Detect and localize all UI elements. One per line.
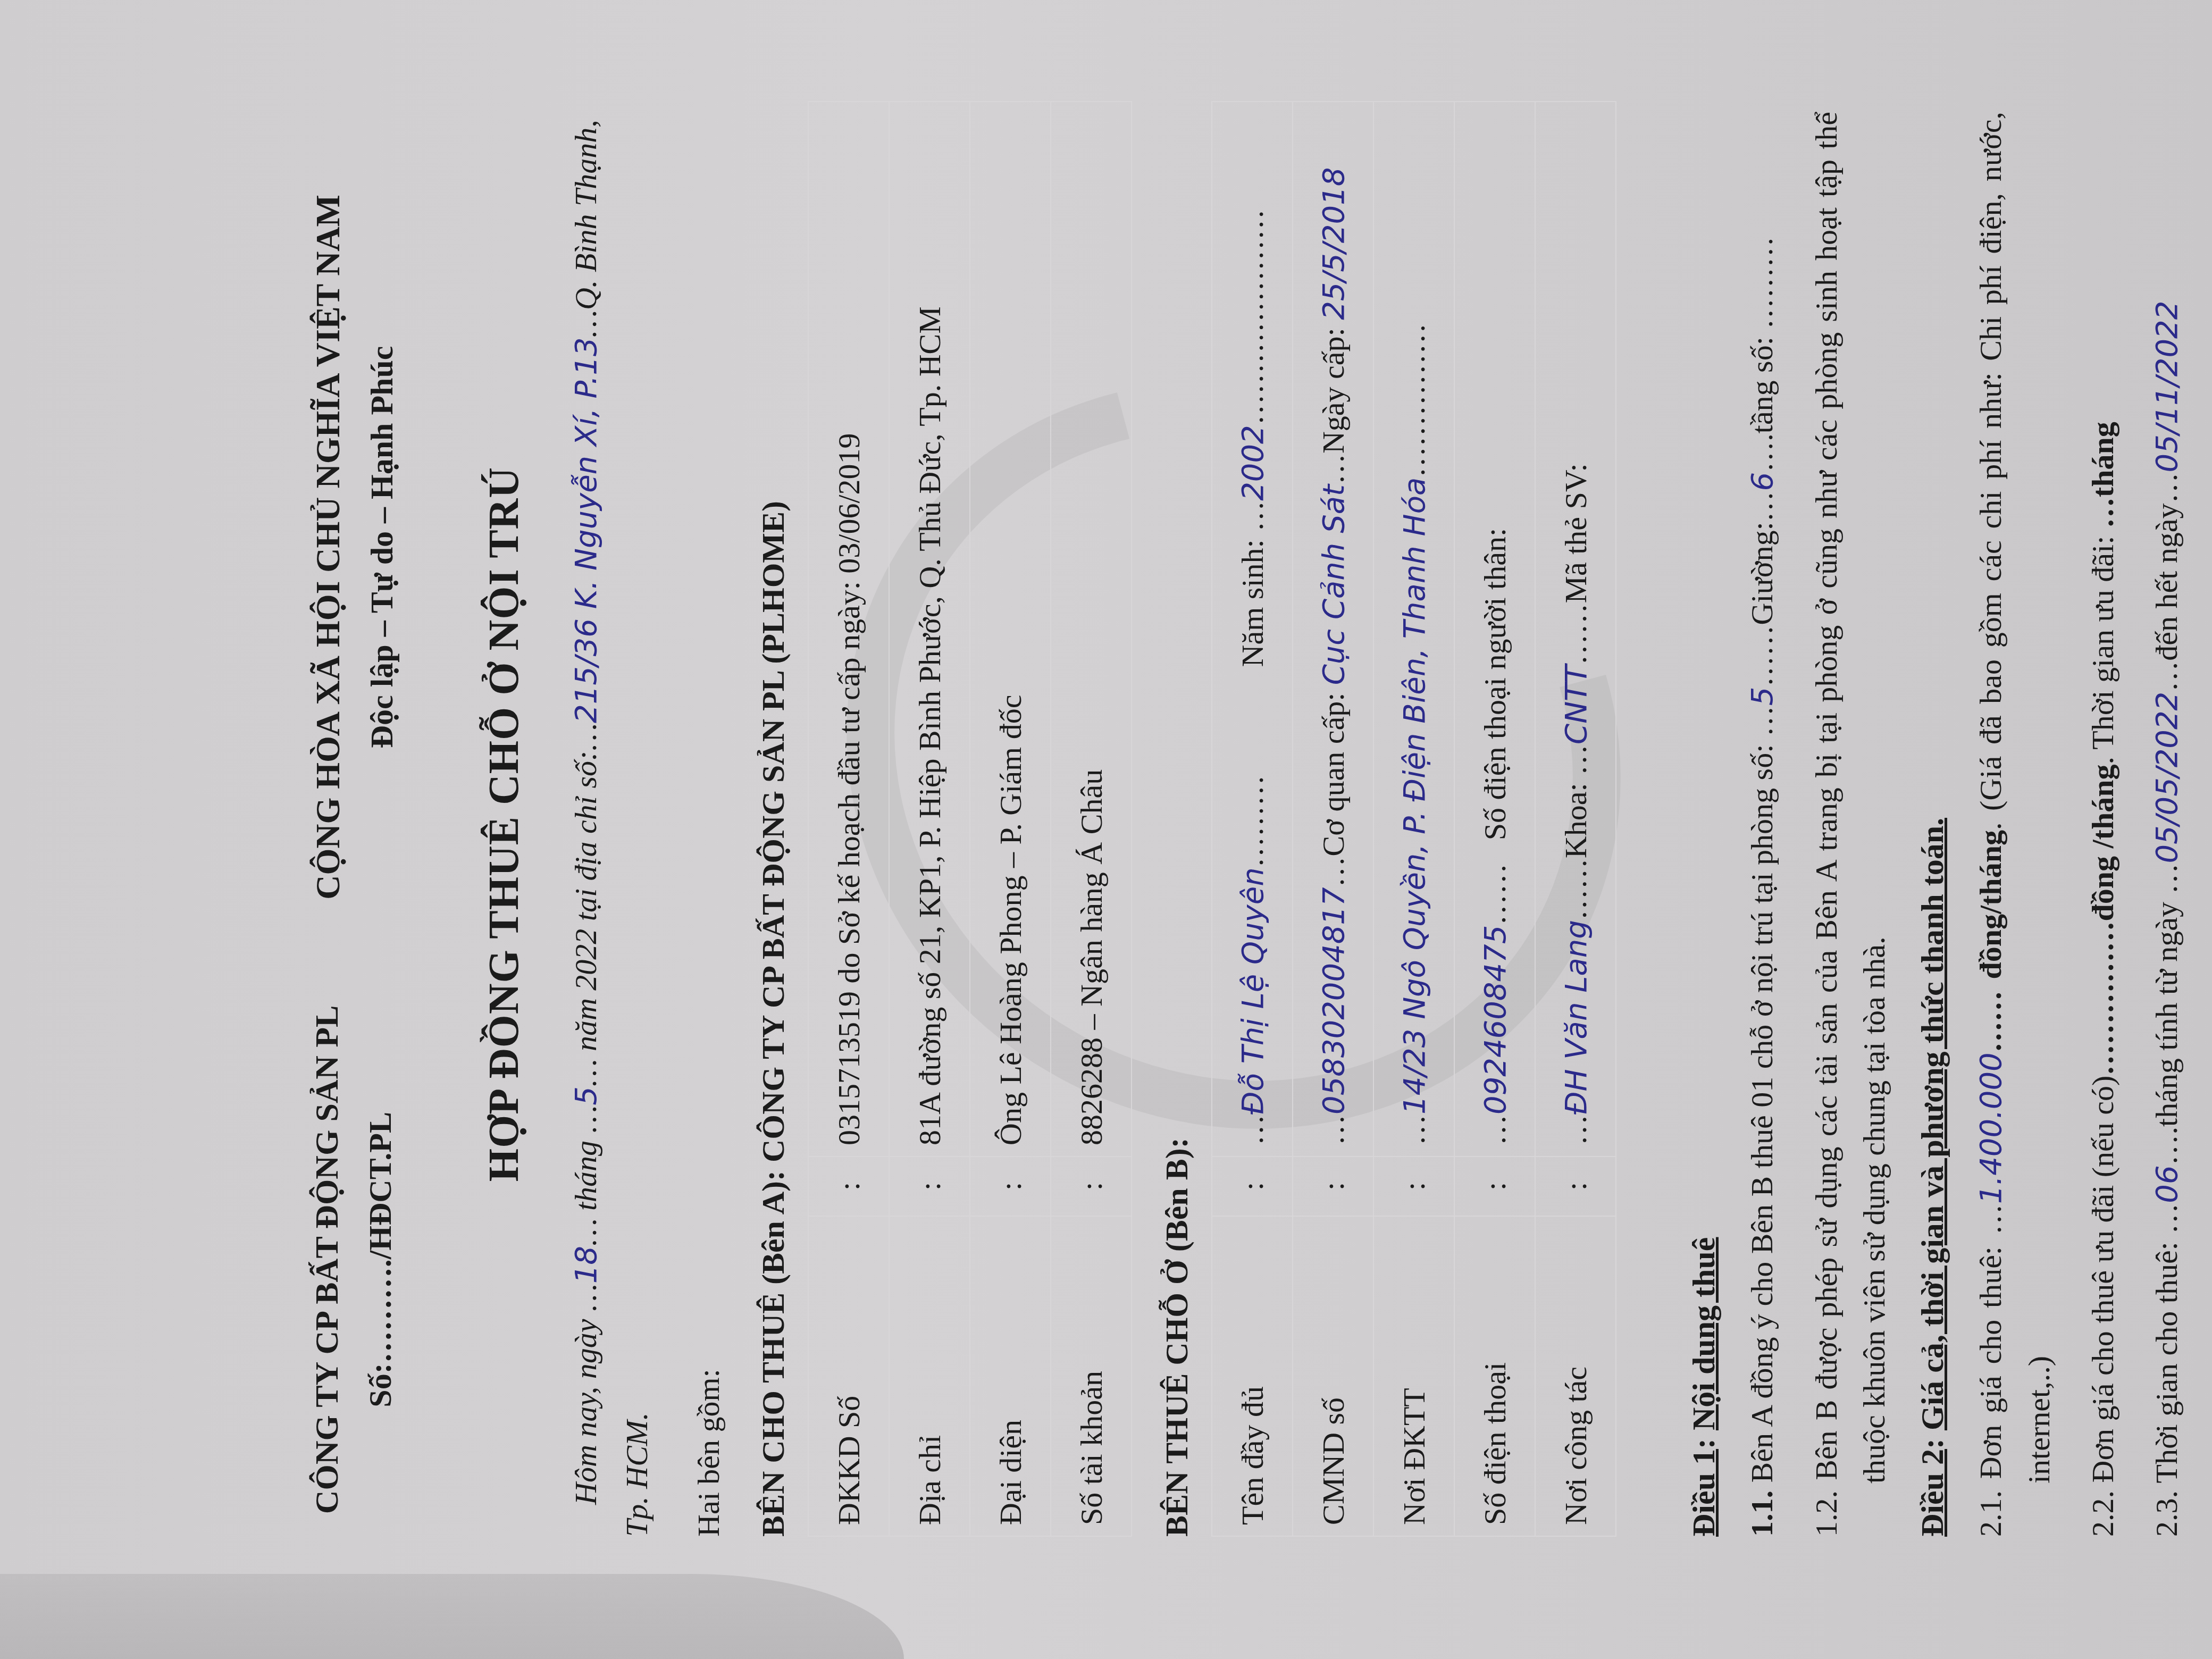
hw-phone[interactable]: 0924608475 xyxy=(1478,925,1513,1115)
document-header: CÔNG TY CP BẤT ĐỘNG SẢN PL Số:………./HĐCT.… xyxy=(308,112,400,1537)
clause-2-4: 2.4. Ngoài ra Bên B phải đóng thêm tiền … xyxy=(2207,112,2212,1537)
nation-title: CỘNG HÒA XÃ HỘI CHỦ NGHĨA VIỆT NAM xyxy=(308,112,348,983)
table-row: CMND số: …058302004817…Cơ quan cấp: Cục … xyxy=(1293,102,1373,1536)
hw-day: 18 xyxy=(569,1246,604,1284)
article-2-heading: Điều 2: Giá cả, thời gian và phương thức… xyxy=(1914,112,1951,1537)
table-row: Tên đầy đủ: …Đỗ Thị Lệ Quyên……… Năm sinh… xyxy=(1212,102,1293,1536)
clause-1-2: 1.2. Bên B được phép sử dụng các tài sản… xyxy=(1803,112,1898,1537)
table-row: Nơi công tác: …ĐH Văn Lang……Khoa: …CNTT…… xyxy=(1535,102,1616,1536)
hw-rental-months[interactable]: 06 xyxy=(2150,1165,2184,1203)
clause-2-1: 2.1. Đơn giá cho thuê: …1.400.000…… đồng… xyxy=(1967,112,2063,1537)
party-b-heading: BÊN THUÊ CHỖ Ở (Bên B): xyxy=(1159,112,1195,1537)
doc-number: Số:………./HĐCT.PL xyxy=(362,983,399,1537)
clause-1-1: 1.1. Bên A đồng ý cho Bên B thuê 01 chỗ … xyxy=(1738,112,1787,1537)
contract-intro: Hôm nay, ngày …18… tháng …5… năm 2022 tạ… xyxy=(560,112,662,1537)
table-row: Nơi ĐKTT: …14/23 Ngô Quyền, P. Điện Biên… xyxy=(1373,102,1454,1536)
contract-title: HỢP ĐỒNG THUÊ CHỖ Ở NỘI TRÚ xyxy=(480,112,529,1537)
hw-start-date[interactable]: 05/05/2022 xyxy=(2150,692,2184,864)
hw-workplace[interactable]: ĐH Văn Lang xyxy=(1559,920,1594,1115)
hw-full-name[interactable]: Đỗ Thị Lệ Quyên xyxy=(1236,867,1270,1115)
hw-rent-price[interactable]: 1.400.000 xyxy=(1974,1052,2008,1204)
hw-residence[interactable]: 14/23 Ngô Quyền, P. Điện Biên, Thanh Hóa xyxy=(1397,477,1432,1115)
table-row: Địa chỉ:81A đường số 21, KP1, P. Hiệp Bì… xyxy=(889,102,970,1536)
table-row: Số tài khoản:8826288 – Ngân hàng Á Châu xyxy=(1051,102,1132,1536)
hw-room-number[interactable]: 5 xyxy=(1745,687,1780,706)
party-a-heading: BÊN CHO THUÊ (Bên A): CÔNG TY CP BẤT ĐỘN… xyxy=(755,112,792,1537)
hw-id-number[interactable]: 058302004817 xyxy=(1317,887,1351,1115)
company-name: CÔNG TY CP BẤT ĐỘNG SẢN PL xyxy=(308,983,346,1537)
nation-motto: Độc lập – Tự do – Hạnh Phúc xyxy=(364,112,400,983)
hw-id-issuer[interactable]: Cục Cảnh Sát xyxy=(1317,484,1351,685)
parties-label: Hai bên gồm: xyxy=(683,112,734,1537)
hw-bed-number[interactable]: 6 xyxy=(1745,472,1780,491)
article-1-heading: Điều 1: Nội dung thuê xyxy=(1686,112,1722,1537)
hw-end-date[interactable]: 05/11/2022 xyxy=(2150,301,2184,473)
contract-page: CÔNG TY CP BẤT ĐỘNG SẢN PL Số:………./HĐCT.… xyxy=(149,58,2042,1601)
table-row: Số điện thoại: …0924608475…… Số điện tho… xyxy=(1454,102,1535,1536)
hw-month: 5 xyxy=(569,1086,604,1105)
hw-birth-year[interactable]: 2002 xyxy=(1236,425,1270,501)
hw-id-date[interactable]: 25/5/2018 xyxy=(1317,167,1351,320)
table-row: Đại diện:Ông Lê Hoàng Phong – P. Giám đố… xyxy=(970,102,1051,1536)
hw-faculty[interactable]: CNTT xyxy=(1559,665,1594,744)
hw-address: 215/36 K. Nguyễn Xí, P.13 xyxy=(569,337,604,723)
table-row: ĐKKD Số:0315713519 do Sở kế hoạch đầu tư… xyxy=(808,102,889,1536)
clause-2-2: 2.2. Đơn giá cho thuê ưu đãi (nếu có)………… xyxy=(2079,112,2127,1537)
party-b-table: Tên đầy đủ: …Đỗ Thị Lệ Quyên……… Năm sinh… xyxy=(1211,101,1616,1537)
party-a-table: ĐKKD Số:0315713519 do Sở kế hoạch đầu tư… xyxy=(808,101,1132,1537)
clause-2-3: 2.3. Thời gian cho thuê: …06….tháng tính… xyxy=(2143,112,2191,1537)
